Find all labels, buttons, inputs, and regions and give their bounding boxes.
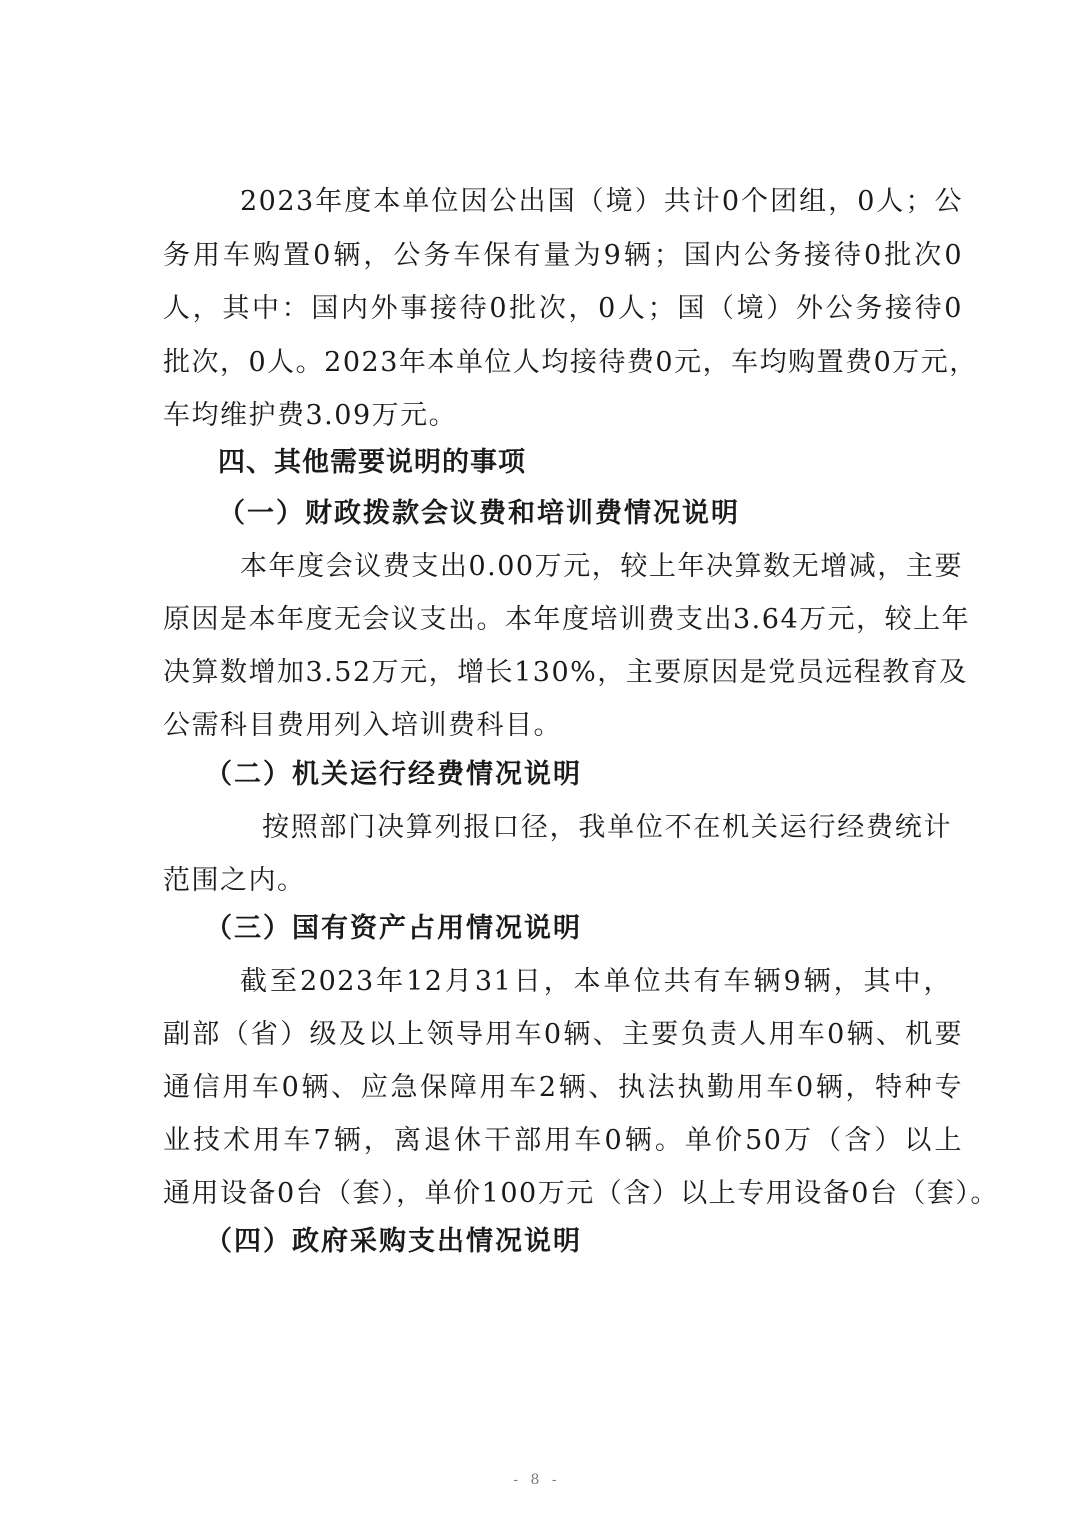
paragraph-line: 车均维护费3.09万元。 (163, 402, 963, 429)
paragraph-line: 通信用车0辆、应急保障用车2辆、执法执勤用车0辆，特种专 (163, 1074, 963, 1101)
subsection-heading: （三）国有资产占用情况说明 (205, 915, 1005, 942)
section-heading: 四、其他需要说明的事项 (218, 449, 1018, 476)
paragraph-line: 2023年度本单位因公出国（境）共计0个团组，0人；公 (240, 188, 963, 215)
paragraph-line: 范围之内。 (163, 867, 963, 894)
paragraph-line: 截至2023年12月31日，本单位共有车辆9辆，其中， (240, 968, 952, 995)
subsection-heading: （一）财政拨款会议费和培训费情况说明 (218, 500, 1018, 527)
paragraph-line: 按照部门决算列报口径，我单位不在机关运行经费统计 (262, 814, 952, 841)
paragraph-line: 通用设备0台（套），单价100万元（含）以上专用设备0台（套）。 (163, 1180, 969, 1207)
paragraph-line: 人，其中：国内外事接待0批次，0人；国（境）外公务接待0 (163, 295, 963, 322)
paragraph-line: 业技术用车7辆，离退休干部用车0辆。单价50万（含）以上 (163, 1127, 963, 1154)
paragraph-line: 原因是本年度无会议支出。本年度培训费支出3.64万元，较上年 (163, 606, 963, 633)
paragraph-line: 批次，0人。2023年本单位人均接待费0元，车均购置费0万元， (163, 349, 963, 376)
page-number: - 8 - (0, 1472, 1074, 1488)
subsection-heading: （二）机关运行经费情况说明 (205, 761, 1005, 788)
paragraph-line: 决算数增加3.52万元，增长130%，主要原因是党员远程教育及 (163, 659, 963, 686)
document-page: 2023年度本单位因公出国（境）共计0个团组，0人；公 务用车购置0辆，公务车保… (0, 0, 1074, 1520)
paragraph-line: 务用车购置0辆，公务车保有量为9辆；国内公务接待0批次0 (163, 242, 963, 269)
paragraph-line: 本年度会议费支出0.00万元，较上年决算数无增减，主要 (240, 553, 963, 580)
paragraph-line: 副部（省）级及以上领导用车0辆、主要负责人用车0辆、机要 (163, 1021, 963, 1048)
paragraph-line: 公需科目费用列入培训费科目。 (163, 712, 963, 739)
subsection-heading: （四）政府采购支出情况说明 (205, 1228, 1005, 1255)
